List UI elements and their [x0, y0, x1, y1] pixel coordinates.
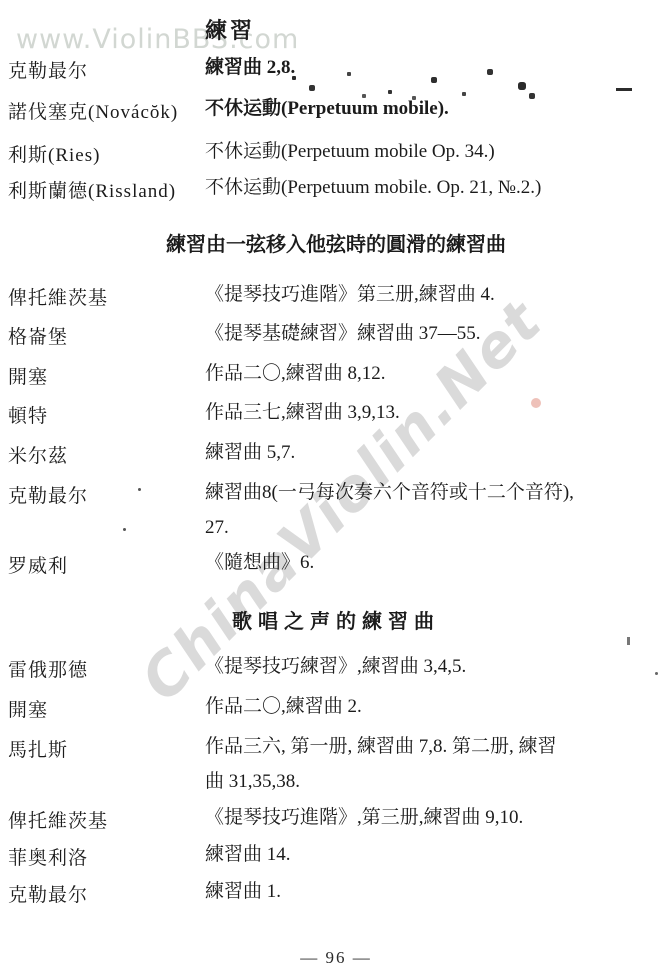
- etude-row: 利斯(Ries) 不休运動(Perpetuum mobile Op. 34.): [0, 140, 664, 163]
- composer-name: 菲奥利洛: [8, 843, 88, 870]
- etude-row: 俾托維茨基 《提琴技巧進階》,第三册,練習曲 9,10.: [0, 806, 664, 829]
- work-entry: 《隨想曲》6.: [205, 551, 658, 574]
- composer-name: 諾伐塞克(Novácŏk): [8, 97, 178, 124]
- etude-row: 克勒最尔 練習曲 2,8.: [0, 56, 664, 79]
- etude-row: 諾伐塞克(Novácŏk) 不休运動(Perpetuum mobile).: [0, 97, 664, 120]
- composer-name: 克勒最尔: [8, 481, 88, 508]
- page-title: 練習: [205, 14, 255, 45]
- work-entry: 作品二〇,練習曲 8,12.: [205, 362, 658, 385]
- composer-name: 雷俄那德: [8, 655, 88, 682]
- page-number: — 96 —: [0, 948, 672, 968]
- work-entry: 不休运動(Perpetuum mobile Op. 34.): [205, 140, 658, 163]
- composer-name: 格崙堡: [8, 322, 68, 349]
- work-entry: 《提琴技巧練習》,練習曲 3,4,5.: [205, 655, 658, 678]
- composer-name: 罗威利: [8, 551, 68, 578]
- work-entry-continued: 曲 31,35,38.: [205, 770, 658, 793]
- etude-row: 格崙堡 《提琴基礎練習》練習曲 37—55.: [0, 322, 664, 345]
- etude-row: 俾托維茨基 《提琴技巧進階》第三册,練習曲 4.: [0, 283, 664, 306]
- composer-name: 利斯(Ries): [8, 140, 100, 167]
- ink-smudge: [292, 76, 296, 80]
- work-entry: 練習曲 1.: [205, 880, 658, 903]
- document-text-layer: 練習 克勒最尔 練習曲 2,8. 諾伐塞克(Novácŏk) 不休运動(Perp…: [0, 0, 672, 973]
- composer-name: 米尔茲: [8, 441, 68, 468]
- composer-name: 克勒最尔: [8, 56, 88, 83]
- etude-row: 開塞 作品二〇,練習曲 8,12.: [0, 362, 664, 385]
- scan-speck: [138, 488, 141, 491]
- work-entry: 《提琴基礎練習》練習曲 37—55.: [205, 322, 658, 345]
- work-entry: 《提琴技巧進階》第三册,練習曲 4.: [205, 283, 658, 306]
- ink-dash: [616, 88, 632, 91]
- etude-row: 馬扎斯 作品三六, 第一册, 練習曲 7,8. 第二册, 練習 曲 31,35,…: [0, 735, 664, 793]
- composer-name: 開塞: [8, 362, 48, 389]
- composer-name: 俾托維茨基: [8, 283, 108, 310]
- composer-name: 開塞: [8, 695, 48, 722]
- composer-name: 頓特: [8, 401, 48, 428]
- etude-row: 菲奥利洛 練習曲 14.: [0, 843, 664, 866]
- work-entry: 作品三七,練習曲 3,9,13.: [205, 401, 658, 424]
- red-ink-dot: [531, 398, 541, 408]
- work-entry: 作品二〇,練習曲 2.: [205, 695, 658, 718]
- composer-name: 利斯蘭德(Rissland): [8, 176, 176, 203]
- scanned-book-page: www.ViolinBBS.com ChinaViolin.Net 練習 克勒最…: [0, 0, 672, 973]
- etude-row: 克勒最尔 練習曲 1.: [0, 880, 664, 903]
- work-entry: 練習曲 14.: [205, 843, 658, 866]
- work-entry: 《提琴技巧進階》,第三册,練習曲 9,10.: [205, 806, 658, 829]
- section-heading: 歌唱之声的練習曲: [0, 605, 672, 634]
- scan-speck: [655, 672, 658, 675]
- work-entry: 作品三六, 第一册, 練習曲 7,8. 第二册, 練習: [205, 735, 658, 758]
- etude-row: 米尔茲 練習曲 5,7.: [0, 441, 664, 464]
- composer-name: 克勒最尔: [8, 880, 88, 907]
- etude-row: 開塞 作品二〇,練習曲 2.: [0, 695, 664, 718]
- etude-row: 頓特 作品三七,練習曲 3,9,13.: [0, 401, 664, 424]
- work-entry: 練習曲 2,8.: [205, 56, 658, 79]
- etude-row: 克勒最尔 練習曲8(一弓每次奏六个音符或十二个音符), 27.: [0, 481, 664, 539]
- section-heading: 練習由一弦移入他弦時的圓滑的練習曲: [0, 228, 672, 257]
- work-entry-continued: 27.: [205, 516, 658, 539]
- etude-row: 利斯蘭德(Rissland) 不休运動(Perpetuum mobile. Op…: [0, 176, 664, 199]
- composer-name: 馬扎斯: [8, 735, 68, 762]
- composer-name: 俾托維茨基: [8, 806, 108, 833]
- scan-speck: [627, 637, 630, 645]
- work-entry: 不休运動(Perpetuum mobile).: [205, 97, 658, 120]
- etude-row: 罗威利 《隨想曲》6.: [0, 551, 664, 574]
- work-entry: 練習曲 5,7.: [205, 441, 658, 464]
- etude-row: 雷俄那德 《提琴技巧練習》,練習曲 3,4,5.: [0, 655, 664, 678]
- work-entry: 練習曲8(一弓每次奏六个音符或十二个音符),: [205, 481, 658, 504]
- work-entry: 不休运動(Perpetuum mobile. Op. 21, №.2.): [205, 176, 658, 199]
- scan-speck: [123, 528, 126, 531]
